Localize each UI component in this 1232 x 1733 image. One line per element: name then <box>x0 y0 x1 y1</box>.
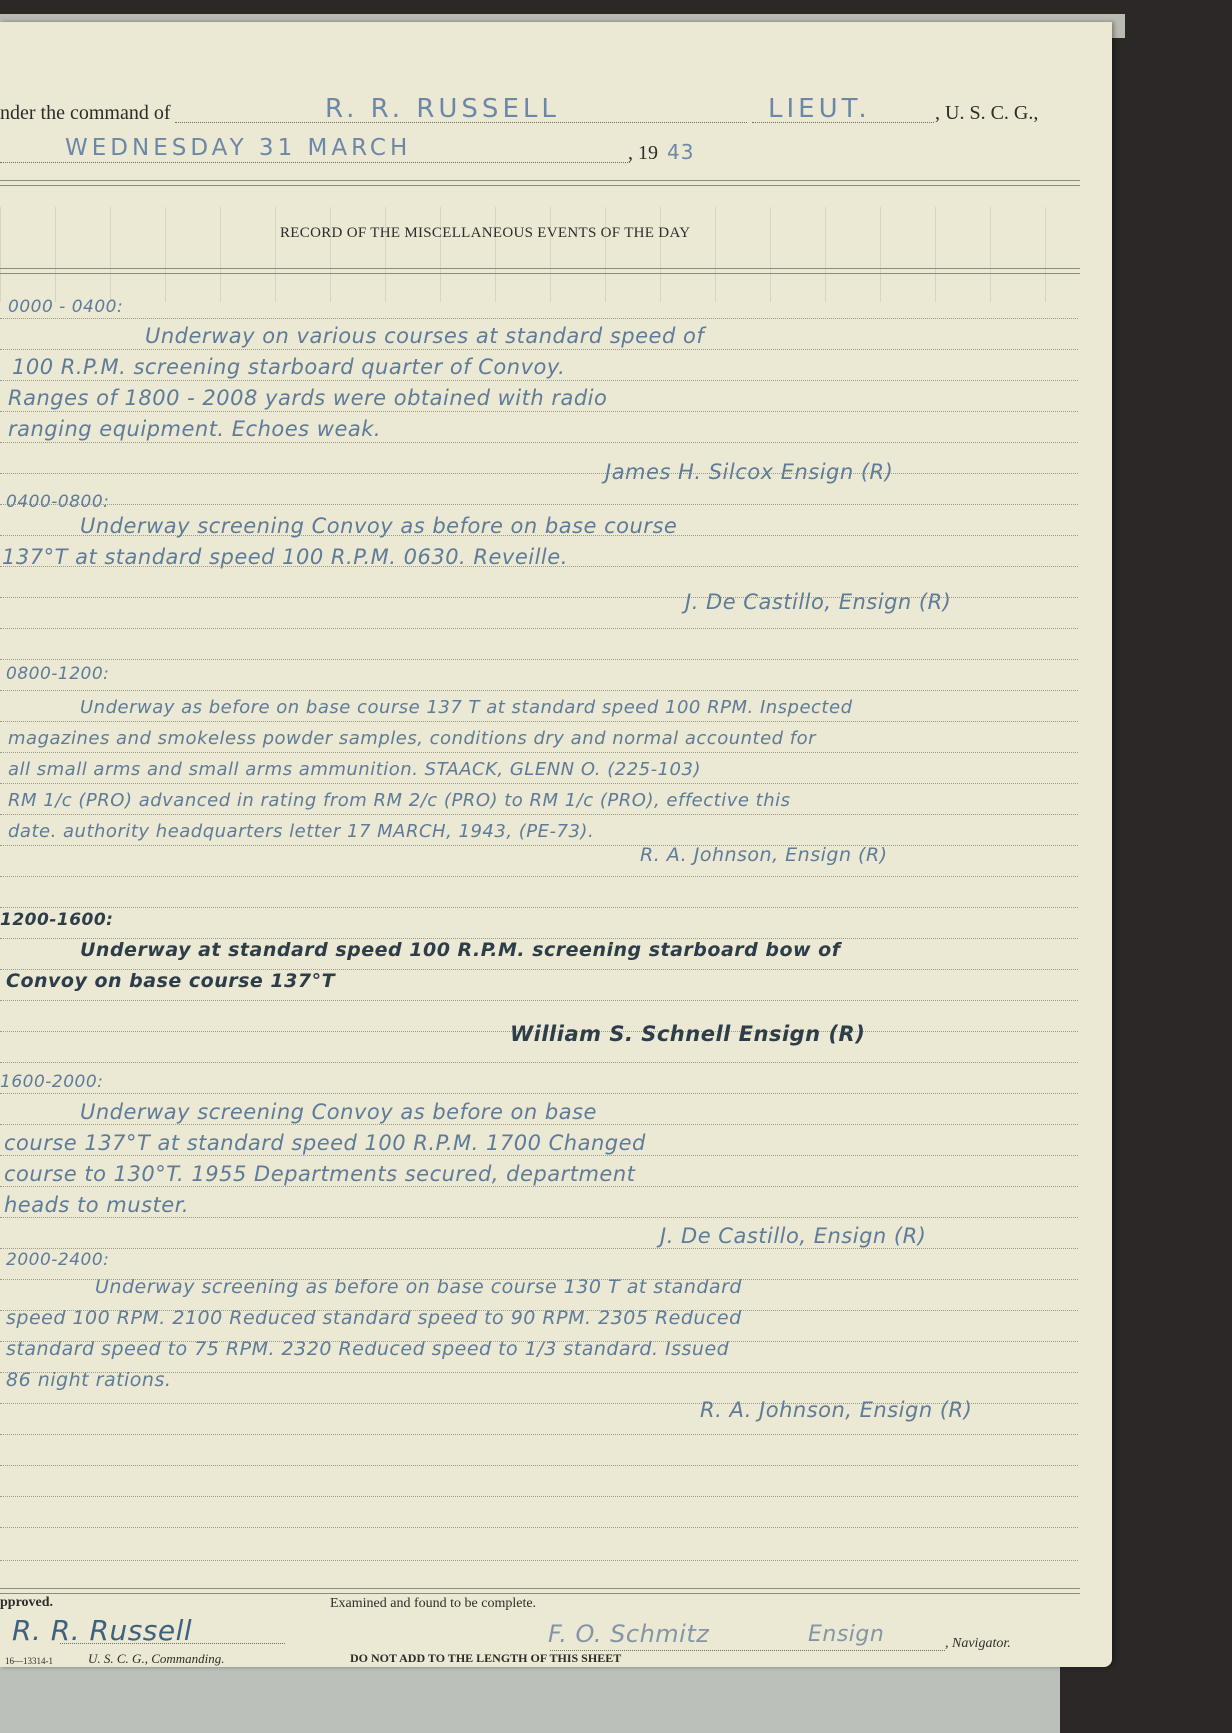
command-label: nder the command of <box>0 102 171 125</box>
ruled-line <box>0 1124 1078 1125</box>
commander-name: R. R. RUSSELL <box>325 94 560 124</box>
log-sheet: nder the command of R. R. RUSSELL LIEUT.… <box>0 22 1112 1667</box>
ruled-line <box>0 411 1078 412</box>
officer-signature: J. De Castillo, Ensign (R) <box>685 590 951 614</box>
ruled-line <box>0 876 1078 877</box>
watch-time: 0400-0800: <box>6 492 109 512</box>
ruled-line <box>0 690 1078 691</box>
ruled-line <box>0 1093 1078 1094</box>
ruled-line <box>0 1062 1078 1063</box>
watch-entry-line: heads to muster. <box>4 1193 189 1217</box>
navigator-label: , Navigator. <box>945 1636 1011 1652</box>
ruled-line <box>0 473 1078 474</box>
ruled-line <box>0 380 1078 381</box>
ruled-line <box>0 752 1078 753</box>
ruled-line <box>0 659 1078 660</box>
officer-signature: James H. Silcox Ensign (R) <box>605 460 893 484</box>
watch-entry-line: Underway on various courses at standard … <box>145 324 704 348</box>
watch-entry-line: Underway screening Convoy as before on b… <box>80 514 677 538</box>
bleedthrough-grid <box>0 207 1080 302</box>
watch-entry-line: ranging equipment. Echoes weak. <box>8 417 381 441</box>
ruled-line <box>0 783 1078 784</box>
section-divider <box>0 268 1080 274</box>
watch-entry-line: 137°T at standard speed 100 R.P.M. 0630.… <box>2 545 568 569</box>
watch-entry-line: 86 night rations. <box>6 1369 171 1391</box>
ruled-line <box>0 814 1078 815</box>
ruled-line <box>0 721 1078 722</box>
watch-entry-line: course to 130°T. 1955 Departments secure… <box>4 1162 635 1186</box>
ruled-line <box>0 1155 1078 1156</box>
year-suffix: 43 <box>667 140 694 164</box>
ruled-line <box>0 1000 1078 1001</box>
ruled-line <box>0 1217 1078 1218</box>
navigator-rank: Ensign <box>808 1622 884 1647</box>
form-number: 16—13314-1 <box>5 1656 53 1666</box>
section-title: RECORD OF THE MISCELLANEOUS EVENTS OF TH… <box>280 225 690 242</box>
watch-entry-line: date. authority headquarters letter 17 M… <box>8 821 594 842</box>
watch-entry-line: Underway as before on base course 137 T … <box>80 697 853 718</box>
watch-entry-line: RM 1/c (PRO) advanced in rating from RM … <box>8 790 791 811</box>
ruled-line <box>0 1527 1078 1528</box>
ruled-line <box>0 1186 1078 1187</box>
ruled-line <box>0 907 1078 908</box>
watch-entry-line: all small arms and small arms ammunition… <box>8 759 701 780</box>
date-field-line <box>0 162 630 163</box>
ruled-line <box>0 1560 1078 1561</box>
ruled-line <box>0 1465 1078 1466</box>
footer-divider <box>0 1588 1080 1594</box>
watch-entry-line: Convoy on base course 137°T <box>6 970 335 992</box>
officer-signature: J. De Castillo, Ensign (R) <box>660 1224 926 1248</box>
ruled-line <box>0 1248 1078 1249</box>
ruled-line <box>0 504 1078 505</box>
ruled-line <box>0 1496 1078 1497</box>
examined-label: Examined and found to be complete. <box>330 1596 536 1612</box>
approval-line <box>60 1643 285 1644</box>
watch-entry-line: Underway screening as before on base cou… <box>95 1276 742 1298</box>
watch-entry-line: Ranges of 1800 - 2008 yards were obtaine… <box>8 386 607 410</box>
service-suffix: , U. S. C. G., <box>935 102 1038 125</box>
watch-time: 0800-1200: <box>6 664 109 684</box>
officer-signature: R. A. Johnson, Ensign (R) <box>700 1398 972 1422</box>
ruled-line <box>0 318 1078 319</box>
watch-entry-line: speed 100 RPM. 2100 Reduced standard spe… <box>6 1307 742 1329</box>
watch-entry-line: standard speed to 75 RPM. 2320 Reduced s… <box>6 1338 729 1360</box>
watch-entry-line: course 137°T at standard speed 100 R.P.M… <box>4 1131 646 1155</box>
watch-time: 0000 - 0400: <box>8 297 123 317</box>
header-divider <box>0 180 1080 186</box>
watch-entry-line: Underway screening Convoy as before on b… <box>80 1100 597 1124</box>
year-prefix: , 19 <box>628 142 658 165</box>
approved-label: pproved. <box>0 1595 53 1611</box>
commanding-label: U. S. C. G., Commanding. <box>88 1651 225 1667</box>
ruled-line <box>0 845 1078 846</box>
navigator-signature: F. O. Schmitz <box>548 1620 709 1648</box>
ruled-line <box>0 349 1078 350</box>
watch-entry-line: Underway at standard speed 100 R.P.M. sc… <box>80 939 841 961</box>
watch-time: 1200-1600: <box>0 910 113 930</box>
watch-time: 2000-2400: <box>6 1250 109 1270</box>
ruled-line <box>0 1434 1078 1435</box>
ruled-line <box>0 442 1078 443</box>
log-date: WEDNESDAY 31 MARCH <box>65 135 411 161</box>
commander-rank: LIEUT. <box>768 94 871 124</box>
watch-entry-line: magazines and smokeless powder samples, … <box>8 728 816 749</box>
underlying-page-bottom <box>0 1660 1060 1733</box>
watch-entry-line: 100 R.P.M. screening starboard quarter o… <box>12 355 565 379</box>
length-warning: DO NOT ADD TO THE LENGTH OF THIS SHEET <box>350 1651 621 1666</box>
ruled-line <box>0 628 1078 629</box>
officer-signature: William S. Schnell Ensign (R) <box>510 1022 865 1046</box>
officer-signature: R. A. Johnson, Ensign (R) <box>640 844 888 866</box>
watch-time: 1600-2000: <box>0 1072 103 1092</box>
